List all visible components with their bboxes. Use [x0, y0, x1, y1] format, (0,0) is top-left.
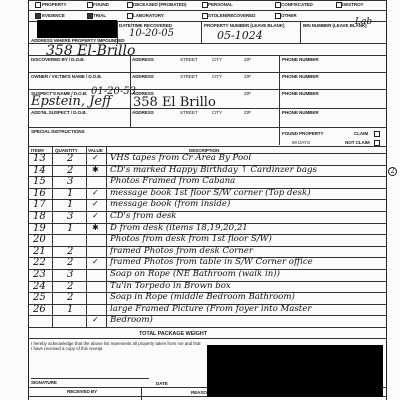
checkbox-label: PROPERTY — [42, 2, 66, 7]
item-description: CD's marked Happy Birthday ↑ Cardinzer b… — [110, 165, 317, 175]
item-number: 13 — [33, 153, 46, 164]
item-value: ✱ — [92, 223, 99, 232]
redaction-block — [37, 20, 117, 38]
item-number: 22 — [33, 257, 46, 268]
item-description: message book (from inside) — [110, 199, 230, 209]
zip-label: Zip — [244, 57, 251, 62]
checkbox-label: TRIAL — [93, 13, 106, 18]
divider — [29, 127, 386, 128]
divider — [29, 10, 386, 11]
item-number: 23 — [33, 269, 46, 280]
divider — [29, 0, 386, 1]
item-quantity: 2 — [67, 281, 73, 292]
item-description: Soap in Rope (middle Bedroom Bathroom) — [110, 292, 295, 302]
phone-label: PHONE NUMBER — [282, 74, 319, 79]
divider — [29, 55, 386, 56]
col-divider — [86, 146, 87, 328]
suspect-name: Epstein, Jeff — [31, 94, 111, 109]
city-label: City — [212, 74, 222, 79]
item-number: 19 — [33, 223, 46, 234]
redaction-block — [207, 345, 383, 397]
property-receipt-form: PROPERTY FOUND DECEASED (Probated) PERSO… — [28, 0, 387, 400]
item-quantity: 2 — [67, 257, 73, 268]
property-number-label: PROPERTY NUMBER (Leave Blank) — [204, 23, 284, 28]
item-value: ✱ — [92, 165, 99, 174]
divider — [29, 108, 386, 109]
total-package-weight-label: TOTAL PACKAGE WEIGHT — [139, 331, 207, 337]
divider — [279, 127, 280, 145]
item-quantity: 1 — [67, 188, 73, 199]
divider — [29, 72, 386, 73]
city-label: City — [212, 57, 222, 62]
scanned-page: PROPERTY FOUND DECEASED (Probated) PERSO… — [0, 0, 400, 400]
item-quantity: 2 — [67, 153, 73, 164]
signature-label: SIGNATURE — [31, 380, 57, 385]
row-divider — [29, 327, 386, 328]
item-description: CD's from desk — [110, 211, 177, 221]
checkbox-label: PERSONAL — [208, 2, 233, 7]
date-label: DATE — [156, 381, 168, 386]
page-number-circle: 2 — [388, 167, 397, 176]
item-number: 17 — [33, 199, 46, 210]
not-claim-label: NOT CLAIM — [345, 140, 370, 145]
item-quantity: 3 — [67, 176, 73, 187]
col-divider — [106, 146, 107, 328]
item-number: 26 — [33, 304, 46, 315]
phone-label: PHONE NUMBER — [282, 57, 319, 62]
item-quantity: 1 — [67, 199, 73, 210]
item-description: framed Photos from desk Corner — [110, 246, 253, 256]
property-number-value: 05-1024 — [217, 29, 263, 42]
zip-label: Zip — [244, 110, 251, 115]
address-label: ADDRESS — [132, 74, 154, 79]
item-quantity: 2 — [67, 246, 73, 257]
special-instructions-label: SPECIAL INSTRUCTIONS — [31, 129, 85, 134]
item-description: Photos Framed from Cabana — [110, 176, 235, 186]
claim-checkbox[interactable] — [374, 131, 380, 137]
item-value: ✓ — [92, 199, 99, 208]
row-divider — [29, 211, 386, 212]
item-quantity: 2 — [67, 165, 73, 176]
item-value: ✓ — [92, 153, 99, 162]
checkbox-label: OTHER — [281, 13, 297, 18]
item-quantity: 3 — [67, 269, 73, 280]
item-description: Photos from desk from 1st floor S/W) — [110, 234, 272, 244]
item-value: ✓ — [92, 315, 99, 324]
item-value: ✓ — [92, 211, 99, 220]
checkbox-label: FOUND — [93, 2, 109, 7]
address-label: ADDRESS — [132, 110, 154, 115]
item-description: Soap on Rope (NE Bathroom (walk in)) — [110, 269, 280, 279]
item-value: ✓ — [92, 188, 99, 197]
street-label: Street — [180, 57, 198, 62]
checkbox-label: EVIDENCE — [42, 13, 65, 18]
item-description: VHS tapes from Cr Area By Pool — [110, 153, 251, 163]
divider — [201, 21, 202, 43]
divider — [279, 55, 280, 127]
item-description: Tu'in Torpedo in Brown box — [110, 281, 231, 291]
item-description: framed Photos from table in S/W Corner o… — [110, 257, 313, 267]
zip-label: Zip — [244, 74, 251, 79]
street-label: Street — [180, 110, 198, 115]
divider — [29, 146, 386, 147]
item-number: 15 — [33, 176, 46, 187]
item-quantity: 2 — [67, 292, 73, 303]
item-description: message book 1st floor S/W corner (Top d… — [110, 188, 311, 198]
item-number: 16 — [33, 188, 46, 199]
zip-label: Zip — [244, 91, 251, 96]
acknowledgement-text: I hereby acknowledge that the above list… — [31, 341, 201, 351]
checkbox-label: CONFISCATED — [281, 2, 313, 7]
claim-label: CLAIM — [354, 131, 368, 136]
checkbox-label: DESTROY — [342, 2, 364, 7]
col-divider — [52, 146, 53, 328]
item-description: Bedroom) — [110, 315, 153, 325]
item-quantity: 3 — [67, 211, 73, 222]
divider — [29, 338, 386, 339]
found-property-label: FOUND PROPERTY — [282, 131, 323, 136]
row-divider — [29, 315, 386, 316]
item-number: 21 — [33, 246, 46, 257]
city-label: City — [212, 110, 222, 115]
phone-label: PHONE NUMBER — [282, 110, 319, 115]
signature-line — [31, 378, 149, 379]
item-description: large Framed Picture (From foyer into Ma… — [110, 304, 311, 314]
divider — [141, 387, 142, 400]
checkbox-label: LABORATORY — [133, 13, 164, 18]
item-quantity: 1 — [67, 304, 73, 315]
item-number: 20 — [33, 234, 46, 245]
addl-suspect-label: ADD'NL SUSPECT / D.O.B. — [31, 110, 87, 115]
item-number: 14 — [33, 165, 46, 176]
checkbox-evidence[interactable] — [35, 13, 41, 19]
item-number: 24 — [33, 281, 46, 292]
item-description: D from desk (items 18,19,20,21 — [110, 223, 248, 233]
received-by-label: RECEIVED BY — [67, 389, 97, 394]
item-value: ✓ — [92, 257, 99, 266]
divider — [29, 89, 386, 90]
address-label: ADDRESS — [132, 57, 154, 62]
phone-label: PHONE NUMBER — [282, 91, 319, 96]
found-days-label: 90 DAYS — [292, 140, 310, 145]
item-number: 18 — [33, 211, 46, 222]
checkbox-label: STOLEN/RECOVERED — [208, 13, 255, 18]
checkbox-property[interactable] — [35, 2, 41, 8]
bin-number-value: Lab — [355, 17, 372, 27]
checkbox-label: DECEASED (Probated) — [133, 2, 186, 7]
discovered-by-label: DISCOVERED BY / D.O.B. — [31, 57, 85, 62]
street-label: Street — [180, 74, 198, 79]
owner-label: OWNER / VICTIM'S NAME / D.O.B. — [31, 74, 102, 79]
item-number: 25 — [33, 292, 46, 303]
item-quantity: 1 — [67, 223, 73, 234]
divider — [300, 21, 301, 43]
datetime-value: 10-20-05 — [129, 28, 174, 39]
